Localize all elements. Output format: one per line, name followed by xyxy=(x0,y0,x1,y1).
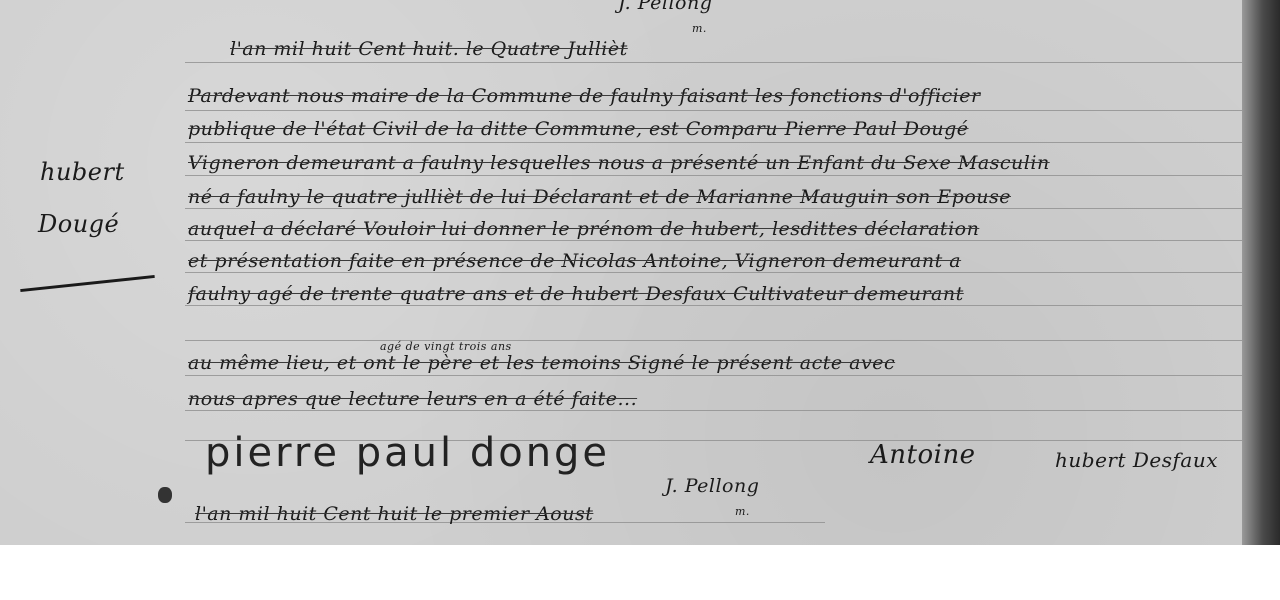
record-line-3: publique de l'état Civil de la ditte Com… xyxy=(188,118,969,140)
record-line-7: et présentation faite en présence de Nic… xyxy=(188,250,961,272)
signature-witness-antoine: Antoine xyxy=(870,440,976,470)
ruled-line xyxy=(185,410,1245,411)
next-entry-header-sup: m. xyxy=(735,505,750,518)
next-entry-header: J. Pellong xyxy=(665,475,759,497)
top-header: J. Pellong xyxy=(618,0,712,14)
ruled-line xyxy=(185,62,1245,63)
record-line-2: Pardevant nous maire de la Commune de fa… xyxy=(188,85,981,107)
margin-surname: Dougé xyxy=(38,210,119,238)
record-line-9: au même lieu, et ont le père et les temo… xyxy=(188,352,895,374)
record-line-5: né a faulny le quatre jullièt de lui Déc… xyxy=(188,186,1011,208)
next-entry-first-line: l'an mil huit Cent huit le premier Aoust xyxy=(195,503,593,525)
book-binding-edge xyxy=(1242,0,1280,545)
record-line-4: Vigneron demeurant a faulny lesquelles n… xyxy=(188,152,1050,174)
ruled-line xyxy=(185,375,1245,376)
scanned-register-page: J. Pellong m. hubert Dougé l'an mil huit… xyxy=(0,0,1280,545)
ruled-line xyxy=(185,272,1245,273)
record-line-1: l'an mil huit Cent huit. le Quatre Julli… xyxy=(230,38,628,60)
ruled-line xyxy=(185,110,1245,111)
record-line-10: nous apres que lecture leurs en a été fa… xyxy=(188,388,637,410)
record-line-6: auquel a déclaré Vouloir lui donner le p… xyxy=(188,218,979,240)
record-line-8: faulny agé de trente quatre ans et de hu… xyxy=(188,283,964,305)
ruled-line xyxy=(185,175,1245,176)
signature-witness-desfaux: hubert Desfaux xyxy=(1055,448,1218,472)
margin-first-name: hubert xyxy=(40,158,125,186)
ruled-line xyxy=(185,240,1245,241)
ruled-line xyxy=(185,142,1245,143)
signature-father: pierre paul donge xyxy=(205,430,610,476)
top-header-sup: m. xyxy=(692,22,707,35)
ruled-line xyxy=(185,305,1245,306)
ruled-line xyxy=(185,208,1245,209)
ruled-line xyxy=(185,340,1245,341)
margin-underline xyxy=(20,275,155,292)
ink-blot xyxy=(158,487,172,503)
